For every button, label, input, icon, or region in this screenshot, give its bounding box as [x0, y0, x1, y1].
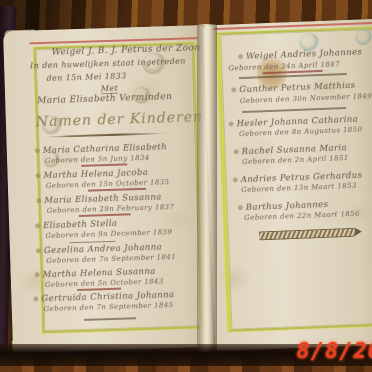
book-gutter-crease — [197, 24, 217, 354]
marriage-record-line: Met — [101, 84, 119, 95]
right-page: Weigel Andries Johannes Geboren den 24n … — [203, 19, 372, 351]
camera-datestamp: 8/8/20 — [297, 339, 372, 364]
left-page: Weigel J. B. J. Petrus der Zoon In den h… — [3, 25, 215, 353]
photo-open-family-register: Weigel J. B. J. Petrus der Zoon In den h… — [0, 0, 372, 372]
embossed-seal — [355, 29, 372, 46]
